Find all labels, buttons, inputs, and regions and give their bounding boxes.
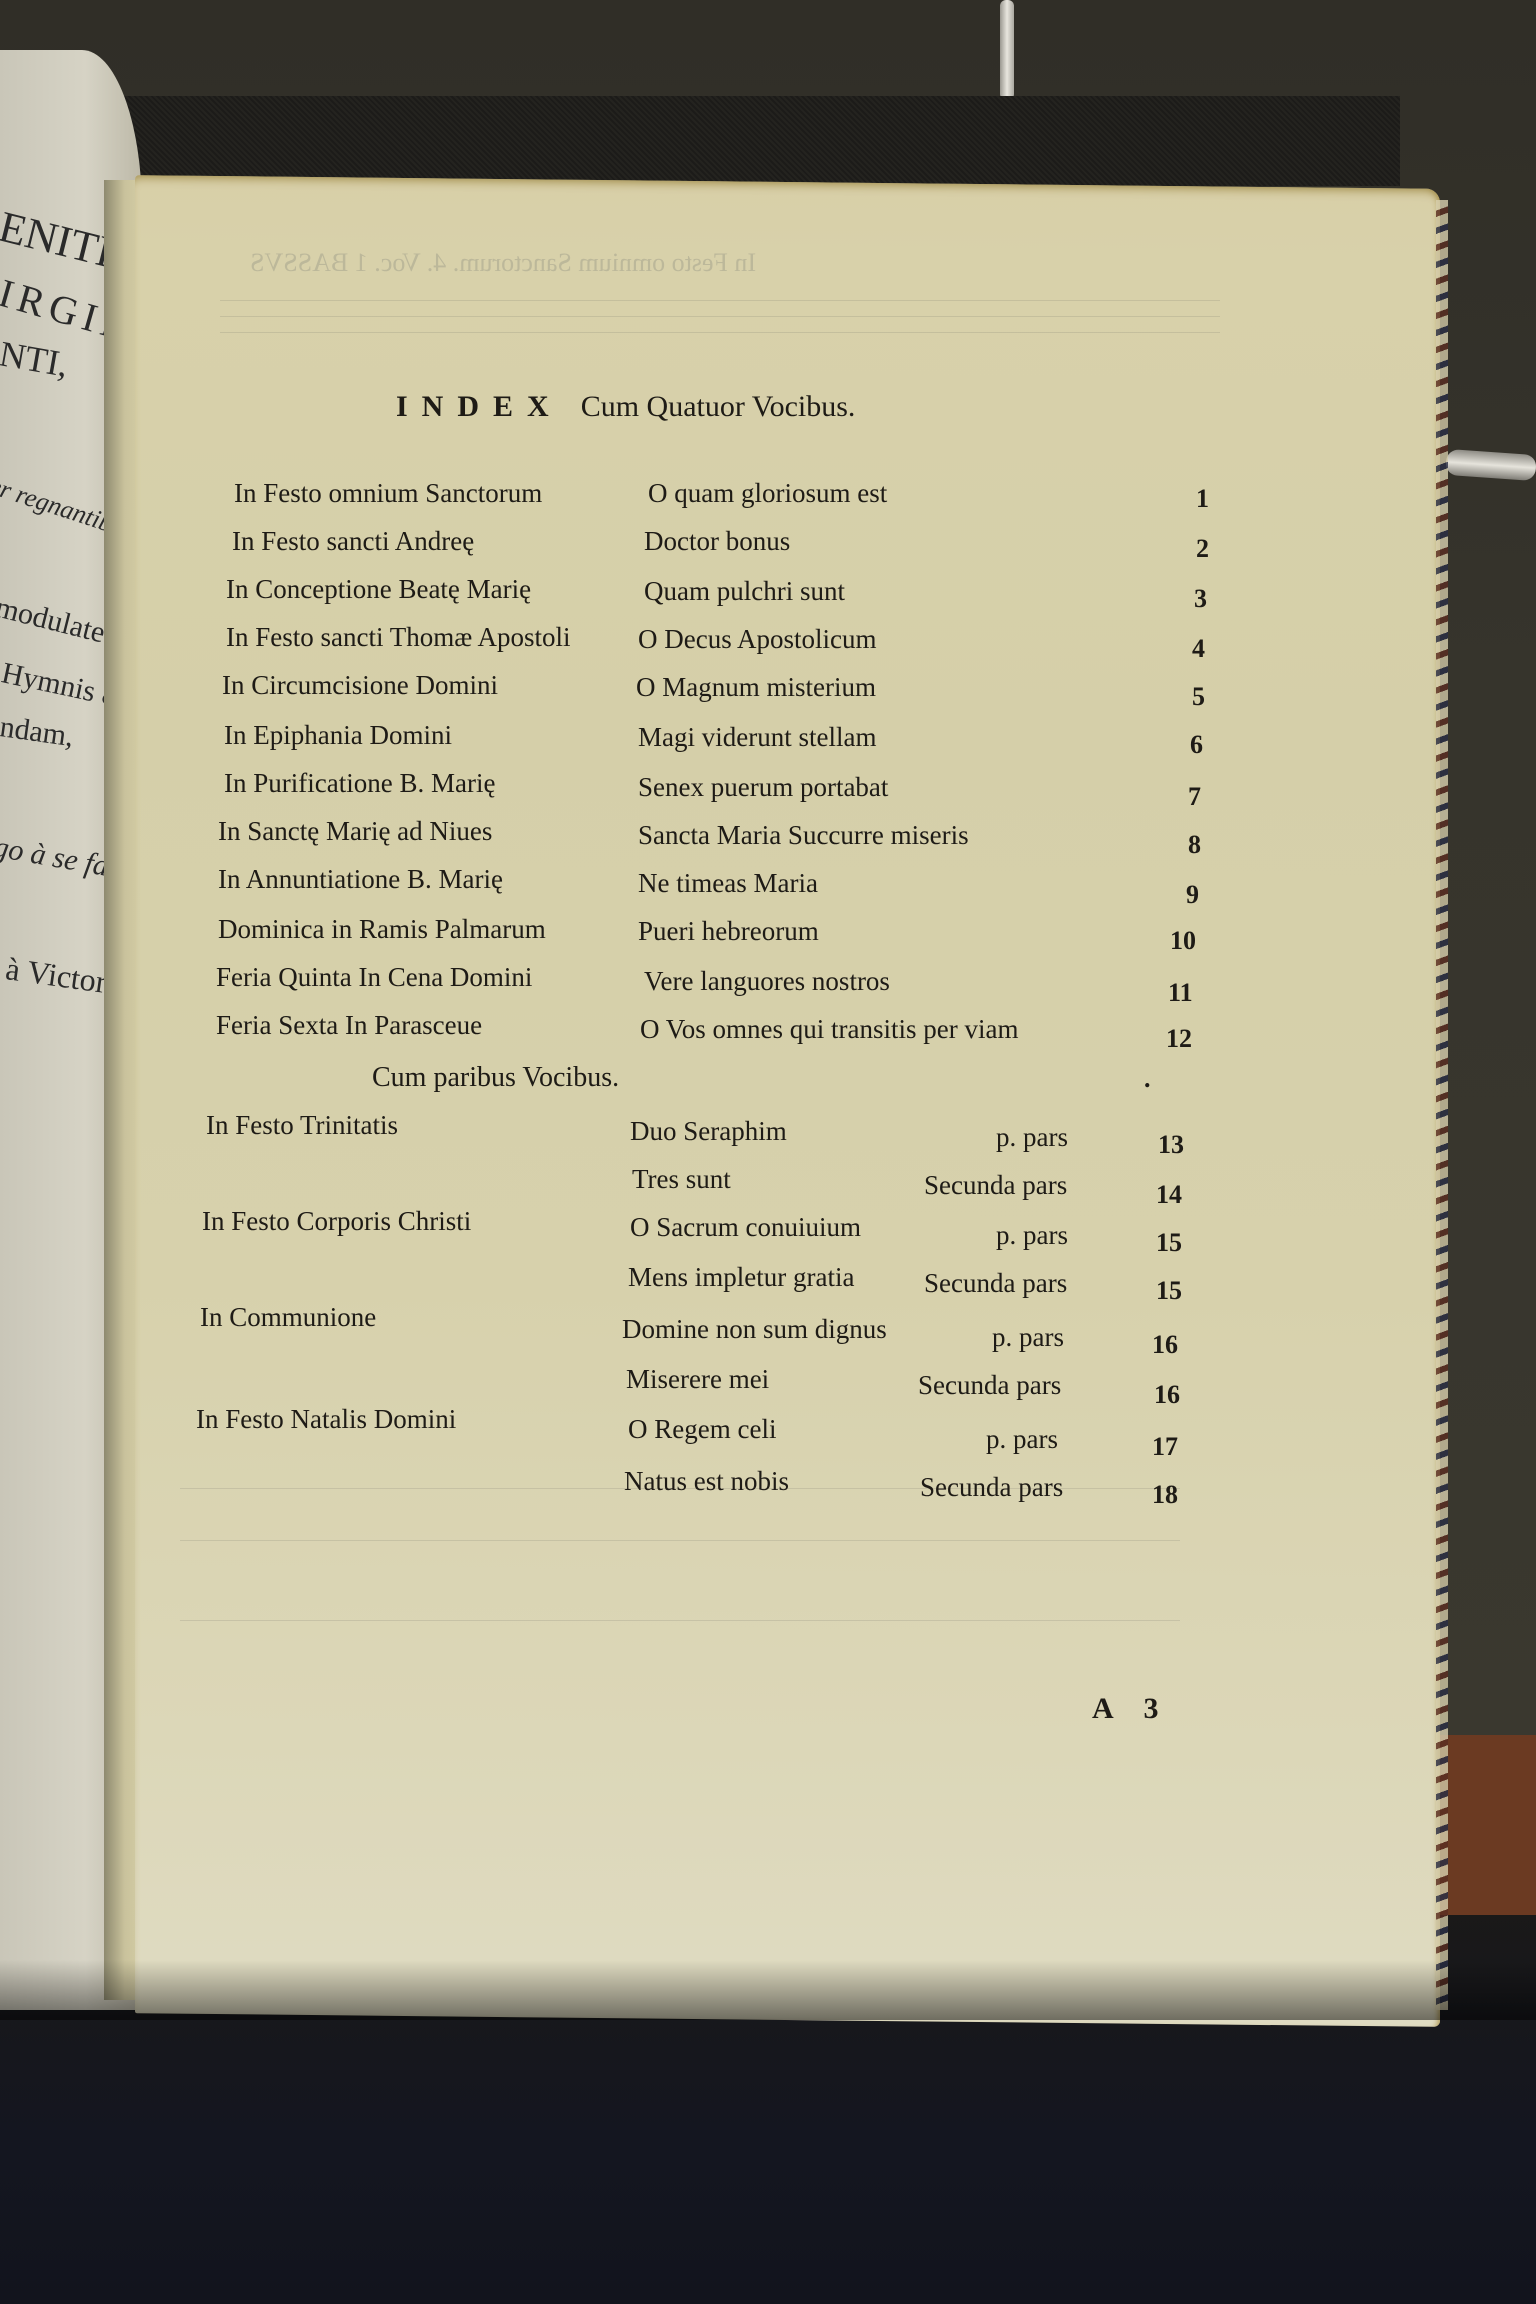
motet-title: Sancta Maria Succurre miseris (638, 820, 969, 851)
page-number: 18 (1152, 1480, 1178, 1510)
motet-title: Pueri hebreorum (638, 916, 819, 947)
signature-mark: A 3 (1092, 1692, 1171, 1726)
page-number: 5 (1192, 682, 1205, 712)
feast-label: In Annuntiatione B. Marię (218, 864, 503, 895)
page-number: 6 (1190, 730, 1203, 760)
motet-title: Duo Seraphim (630, 1116, 787, 1147)
book-support-block (110, 96, 1400, 186)
part-label: Secunda pars (924, 1170, 1067, 1201)
feast-label: In Festo sancti Andreę (232, 526, 474, 557)
index-title-word: INDEX (396, 390, 563, 423)
motet-title: O Regem celi (628, 1414, 776, 1445)
motet-title: Vere languores nostros (644, 966, 890, 997)
page-number: 8 (1188, 830, 1201, 860)
feast-label: In Festo omnium Sanctorum (234, 478, 542, 509)
section-heading-equal-voices: Cum paribus Vocibus. (372, 1062, 619, 1094)
part-label: Secunda pars (924, 1268, 1067, 1299)
page-number: 16 (1154, 1380, 1180, 1410)
page-number: 13 (1158, 1130, 1184, 1160)
bleed-through-staff (180, 1540, 1180, 1541)
feast-label: In Festo sancti Thomæ Apostoli (226, 622, 571, 653)
page-number: 4 (1192, 634, 1205, 664)
feast-label: Feria Quinta In Cena Domini (216, 962, 532, 993)
page-number: 17 (1152, 1432, 1178, 1462)
marbled-page-edge (1436, 200, 1448, 2010)
page-number: 15 (1156, 1276, 1182, 1306)
feast-label: In Sanctę Marię ad Niues (218, 816, 492, 847)
page-shadow (0, 1960, 1536, 2020)
feast-label: In Festo Natalis Domini (196, 1404, 456, 1435)
motet-title: O Vos omnes qui transitis per viam (640, 1014, 1019, 1045)
page-number: 10 (1170, 926, 1196, 956)
index-title: INDEXCum Quatuor Vocibus. (396, 390, 855, 424)
motet-title: Domine non sum dignus (622, 1314, 887, 1345)
book-cover-edge (1438, 1735, 1536, 1915)
part-label: Secunda pars (918, 1370, 1061, 1401)
part-label: Secunda pars (920, 1472, 1063, 1503)
page-number: 3 (1194, 584, 1207, 614)
feast-label: In Conceptione Beatę Marię (226, 574, 531, 605)
feast-label: In Circumcisione Domini (222, 670, 498, 701)
left-page-fragment: ndam, (0, 710, 76, 754)
page-number: 1 (1196, 484, 1209, 514)
page-number: 11 (1168, 978, 1193, 1008)
motet-title: Natus est nobis (624, 1466, 789, 1497)
motet-title: O Sacrum conuiuium (630, 1212, 861, 1243)
bleed-through-staff (220, 300, 1220, 301)
feast-label: In Purificatione B. Marię (224, 768, 495, 799)
motet-title: O Magnum misterium (636, 672, 876, 703)
feast-label: Feria Sexta In Parasceue (216, 1010, 482, 1041)
motet-title: Tres sunt (632, 1164, 731, 1195)
index-title-subtitle: Cum Quatuor Vocibus. (581, 390, 856, 423)
page-number: 14 (1156, 1180, 1182, 1210)
feast-label: Dominica in Ramis Palmarum (218, 914, 546, 945)
motet-title: Doctor bonus (644, 526, 790, 557)
motet-title: Mens impletur gratia (628, 1262, 854, 1293)
bleed-through-staff (220, 316, 1220, 317)
motet-title: Ne timeas Maria (638, 868, 818, 899)
feast-label: In Epiphania Domini (224, 720, 452, 751)
part-label: p. pars (996, 1122, 1068, 1153)
motet-title: Magi viderunt stellam (638, 722, 876, 753)
motet-title: O Decus Apostolicum (638, 624, 876, 655)
bleed-through-staff (220, 332, 1220, 333)
part-label: p. pars (986, 1424, 1058, 1455)
left-page-fragment: NTI, (0, 332, 72, 385)
page-number: 15 (1156, 1228, 1182, 1258)
motet-title: O quam gloriosum est (648, 478, 887, 509)
motet-title: Senex puerum portabat (638, 772, 888, 803)
motet-title: Quam pulchri sunt (644, 576, 845, 607)
motet-title: Miserere mei (626, 1364, 769, 1395)
page-number: 16 (1152, 1330, 1178, 1360)
feast-label: In Communione (200, 1302, 376, 1333)
cable (1000, 0, 1014, 100)
page-number: 7 (1188, 782, 1201, 812)
feast-label: In Festo Corporis Christi (202, 1206, 471, 1237)
part-label: p. pars (992, 1322, 1064, 1353)
index-page (135, 175, 1440, 2027)
page-number: 2 (1196, 534, 1209, 564)
stray-dot: . (1144, 1064, 1151, 1094)
page-number: 12 (1166, 1024, 1192, 1054)
page-number: 9 (1186, 880, 1199, 910)
bleed-through-running-head: In Festo omnium Sanctorum. 4. Voc. 1 BAS… (250, 248, 756, 278)
part-label: p. pars (996, 1220, 1068, 1251)
bleed-through-staff (180, 1620, 1180, 1621)
feast-label: In Festo Trinitatis (206, 1110, 398, 1141)
